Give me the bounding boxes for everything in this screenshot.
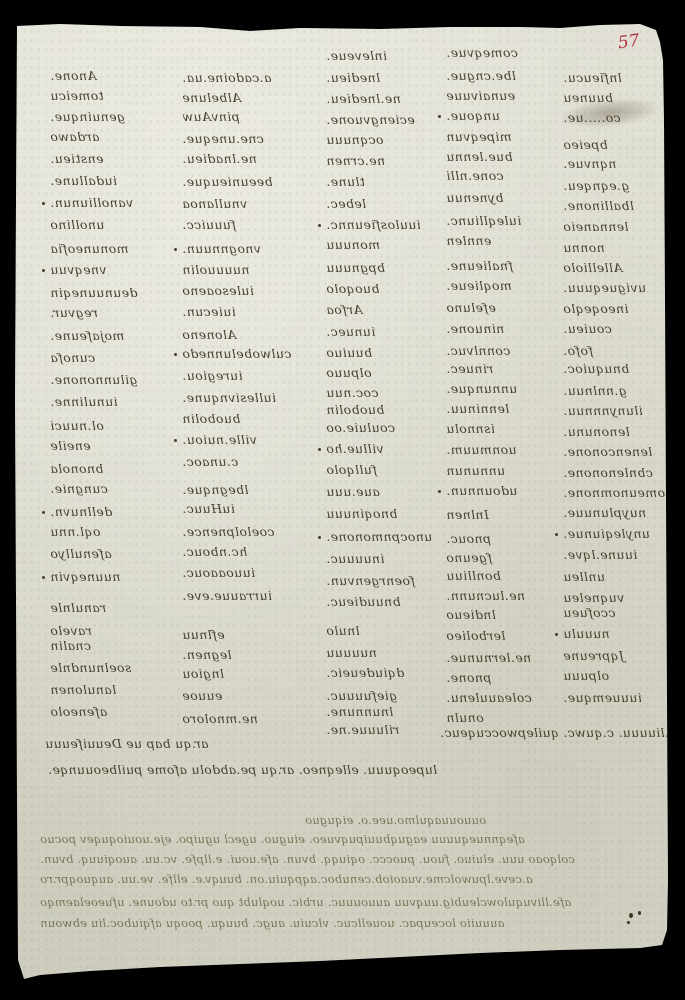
vocabulary-word: enstieu. xyxy=(50,153,104,166)
vocabulary-word: c.unaoc. xyxy=(182,456,238,469)
scan-viewport: 57 Anone.tomeicugenuinque.ardawoenstieu.… xyxy=(0,0,685,1000)
vocabulary-word: pnouc. xyxy=(446,533,491,546)
bullet-dot xyxy=(174,248,177,251)
vocabulary-word: iuiecun. xyxy=(182,306,236,319)
bullet-dot xyxy=(174,439,177,442)
vocabulary-word: bonlliuu xyxy=(446,570,501,583)
vocabulary-word: lnfieucu. xyxy=(563,72,622,85)
vocabulary-word: vneqvuu xyxy=(50,264,106,277)
vocabulary-word: iuuoaaouc. xyxy=(182,567,255,580)
vocabulary-word: fgeuno xyxy=(446,552,492,565)
bullet-dot xyxy=(42,511,45,514)
bottom-text-line: ouuouuaqulmo.uee.o. eiquguo xyxy=(305,815,486,827)
bottom-text-line: auuuiio loceupac. uouellcuc. vlcuiu. aug… xyxy=(40,918,505,930)
vocabulary-word: Anone. xyxy=(50,70,96,83)
vocabulary-word: hc.nbouc. xyxy=(182,546,247,559)
manuscript-page: 57 Anone.tomeicugenuinque.ardawoenstieu.… xyxy=(0,0,685,1000)
vocabulary-word: iulesoaeno xyxy=(182,285,254,298)
vocabulary-word: tlune. xyxy=(326,176,365,189)
vocabulary-word: foenrgenvun. xyxy=(326,575,415,588)
vocabulary-word: bynenuu xyxy=(446,192,503,205)
bottom-text-line: afe.llivuqulowcleubig.uuqvuu auuouuuc. u… xyxy=(40,897,571,909)
vocabulary-word: ne.lernunue. xyxy=(446,652,531,665)
vocabulary-word: g.eqnqeu. xyxy=(563,180,629,193)
vocabulary-word: villue.ho xyxy=(326,443,384,456)
vocabulary-word: euuoe xyxy=(182,690,222,703)
vocabulary-word: lballinone. xyxy=(563,200,634,213)
vocabulary-word: olpuuo xyxy=(326,367,372,380)
vocabulary-word: buuiuo xyxy=(326,347,372,360)
vocabulary-word: buobolin xyxy=(182,413,240,426)
vocabulary-word: tomeicu xyxy=(50,90,104,103)
vocabulary-word: cnalin xyxy=(50,640,91,653)
vocabulary-word: ardawo xyxy=(50,131,100,144)
vocabulary-word: couieu. xyxy=(563,323,612,336)
vocabulary-word: lerbolieo xyxy=(446,630,505,643)
vocabulary-word: bpgnuuu xyxy=(326,262,385,275)
vocabulary-word: lenenconone. xyxy=(563,446,652,459)
vocabulary-word: comeunomnone. xyxy=(563,487,672,500)
vocabulary-word: afenullyo xyxy=(50,548,112,561)
vocabulary-word: cone.nlli xyxy=(446,170,504,183)
vocabulary-word: ne.lnedieu. xyxy=(326,93,401,106)
vocabulary-word: iuune.lqve. xyxy=(563,549,637,562)
vocabulary-word: ccofueu xyxy=(563,607,615,620)
vocabulary-word: a.cadoine.ua. xyxy=(182,72,272,85)
vocabulary-word: bnonola xyxy=(50,463,103,476)
vocabulary-word: cungnie. xyxy=(50,483,108,496)
vocabulary-word: eflnuu xyxy=(182,629,225,642)
bullet-dot xyxy=(174,353,177,356)
vocabulary-word: ne.crnen xyxy=(326,155,385,168)
vocabulary-word: nqnvue. xyxy=(563,158,616,171)
vocabulary-word: lanulonen xyxy=(50,684,116,697)
vocabulary-word: Allelliolo xyxy=(563,262,622,275)
vocabulary-word: Arfoa xyxy=(326,304,363,317)
vocabulary-word: bpeieo xyxy=(563,139,608,152)
bullet-dot xyxy=(555,533,558,536)
vocabulary-word: lenninuu. xyxy=(446,403,509,416)
vocabulary-word: fofo. xyxy=(563,345,593,358)
middle-text-line: lupeoquuu. elleqneo. ar.qu pe.abdolu afo… xyxy=(48,764,437,777)
vocabulary-word: gilunnonone. xyxy=(50,374,137,387)
vocabulary-word: ineoqeqlo xyxy=(563,303,629,316)
vocabulary-word: lnedieu. xyxy=(326,72,380,85)
vocabulary-word: bnoqinuuu xyxy=(326,508,397,521)
vocabulary-word: inuuuuc. xyxy=(326,553,384,566)
vocabulary-word: uonmuum. xyxy=(446,444,517,457)
vocabulary-word: bnuquioc. xyxy=(563,363,629,376)
vocabulary-word: comeqvue. xyxy=(446,47,518,60)
vocabulary-word: ravelo xyxy=(50,625,92,638)
vocabulary-word: ol.nuuci xyxy=(50,420,104,433)
vocabulary-word: Albelune xyxy=(182,92,241,105)
vocabulary-word: pnone. xyxy=(446,672,491,685)
vocabulary-word: iudallune. xyxy=(50,175,117,188)
vocabulary-word: ilunynnnuu. xyxy=(563,405,643,418)
vocabulary-word: unyleqiunue. xyxy=(563,528,650,541)
vocabulary-word: iuulosfieunnc. xyxy=(326,219,421,232)
vocabulary-word: co.....ue. xyxy=(563,112,621,125)
page-number: 57 xyxy=(617,31,641,54)
vocabulary-word: nuuuuu xyxy=(326,647,377,660)
vocabulary-word: unqoue. xyxy=(446,110,500,123)
vocabulary-word: isnnolu xyxy=(446,423,495,436)
vocabulary-word: deunuuneqin xyxy=(50,287,138,300)
bullet-dot xyxy=(318,224,321,227)
vocabulary-word: eunaivuue xyxy=(446,90,515,103)
bullet-dot xyxy=(438,115,441,118)
vocabulary-word: unollino xyxy=(50,219,104,232)
vocabulary-word: pinvAuw xyxy=(182,111,240,124)
vocabulary-word: moqlieue. xyxy=(446,280,512,293)
vocabulary-word: fnalieune. xyxy=(446,260,513,273)
bullet-dot xyxy=(318,536,321,539)
vocabulary-word: lnulo xyxy=(326,625,360,638)
vocabulary-word: lebec. xyxy=(326,198,366,211)
vocabulary-word: g.nnlnuu. xyxy=(563,385,627,398)
vocabulary-word: rinuec. xyxy=(446,363,493,376)
vocabulary-word: ne.mnoloro xyxy=(182,713,258,726)
middle-text-line: ue.ubuol.liuuuu. c.quwc. quilepwoccuqeuc… xyxy=(440,727,685,740)
vocabulary-word: afeneolo xyxy=(50,706,107,719)
vocabulary-word: couluie.oo xyxy=(326,422,395,435)
vocabulary-word: bnuudieuc. xyxy=(326,596,401,609)
vocabulary-word: Jqpreune xyxy=(563,650,624,663)
vocabulary-word: nuuuuolin xyxy=(182,264,249,277)
vocabulary-word: lbegnque. xyxy=(182,484,248,497)
ink-blot xyxy=(638,911,641,915)
vocabulary-word: lenonunu. xyxy=(563,426,630,439)
vocabulary-word: buuneu xyxy=(563,92,613,105)
vocabulary-word: uviguequuu. xyxy=(563,282,646,295)
bullet-dot xyxy=(438,490,441,493)
vocabulary-word: vuqneleu xyxy=(563,592,624,605)
bullet-dot xyxy=(42,202,45,205)
vocabulary-word: eneile xyxy=(50,440,91,453)
vocabulary-word: lngiou xyxy=(182,668,224,681)
vocabulary-word: vnognnuun. xyxy=(182,243,261,256)
vocabulary-word: ville.nuiou. xyxy=(182,434,257,447)
vocabulary-word: iunulinne. xyxy=(50,396,118,409)
vocabulary-word: mipeqvun xyxy=(446,131,512,144)
vocabulary-word: iunuec. xyxy=(326,326,375,339)
vocabulary-word: coc.nuu xyxy=(326,387,378,400)
vocabulary-word: vnullanoa xyxy=(182,198,247,211)
vocabulary-word: ocqnuuu xyxy=(326,134,384,147)
vocabulary-word: genuinque. xyxy=(50,111,125,124)
vocabulary-word: iuleqlliunc. xyxy=(446,215,521,228)
vocabulary-word: dqiudeueic. xyxy=(326,667,404,680)
vocabulary-word: bue.lennu xyxy=(446,151,513,164)
vocabulary-word: coleauulenu. xyxy=(446,692,532,705)
vocabulary-word: eciengvuone. xyxy=(326,114,415,127)
vocabulary-word: oql.nnu xyxy=(50,526,100,539)
bullet-dot xyxy=(42,269,45,272)
vocabulary-word: iuHuuc. xyxy=(182,503,235,516)
bullet-dot xyxy=(42,576,45,579)
vocabulary-word: beeunieuque. xyxy=(182,176,273,189)
vocabulary-word: fullqolo xyxy=(326,464,377,477)
vocabulary-word: ne.lucnunn. xyxy=(446,590,525,603)
vocabulary-word: lnunnune. xyxy=(326,706,393,719)
vocabulary-word: iuuuemque. xyxy=(563,692,642,705)
vocabulary-word: monuuu xyxy=(326,239,380,252)
vocabulary-word: unnunun xyxy=(446,465,505,478)
vocabulary-word: lennaneio xyxy=(563,221,629,234)
vocabulary-word: cbnlenonone. xyxy=(563,467,653,480)
ink-blot xyxy=(627,921,630,924)
vocabulary-word: nuuneqvin xyxy=(50,571,120,584)
vocabulary-word: riluuue.ne. xyxy=(326,724,399,737)
vocabulary-word: giefuuuuc. xyxy=(326,690,397,703)
vocabulary-word: iuregiou. xyxy=(182,370,243,383)
vocabulary-word: unlleu xyxy=(563,571,605,584)
vocabulary-word: aue.uuu xyxy=(326,486,380,499)
vocabulary-word: nuuulu xyxy=(563,628,610,641)
bottom-text-line: afeqnnuequuuu eaguqbuuipuqvueo. eiuguo. … xyxy=(40,834,525,846)
vocabulary-word: udounnun. xyxy=(446,485,517,498)
vocabulary-word: regvur. xyxy=(50,307,98,320)
vocabulary-word: ranulnle xyxy=(50,602,106,615)
vocabulary-word: coelolpnence. xyxy=(182,526,275,539)
bottom-text-line: a.ceve.lpuwolcme.vuaoiob.cenuboc.aqpquiu… xyxy=(40,874,533,886)
vocabulary-word: culwobelunnedo xyxy=(182,348,291,361)
vocabulary-word: ennlen xyxy=(446,235,491,248)
vocabulary-word: fuuuicc. xyxy=(182,219,236,232)
vocabulary-word: nuyplunuue. xyxy=(563,507,646,520)
vocabulary-word: dellnuvn. xyxy=(50,506,112,519)
vocabulary-word: Inlnen xyxy=(446,509,489,522)
vocabulary-word: soelnundnle xyxy=(50,662,131,675)
vocabulary-word: lndieuo xyxy=(446,609,496,622)
vocabulary-word: ninuone. xyxy=(446,323,504,336)
middle-text-line: ar.qu bap ue Deuuifeuuu xyxy=(45,738,209,751)
vocabulary-word: buobolin xyxy=(326,404,384,417)
vocabulary-word: unocpnmonone. xyxy=(326,531,432,544)
vocabulary-word: olpuuu xyxy=(563,670,609,683)
bottom-text-line: colqoao uuu. eluiuo. fuou. puoccc. oqiuq… xyxy=(40,854,575,866)
bullet-dot xyxy=(555,633,558,636)
vocabulary-word: efeluno xyxy=(446,302,496,315)
vocabulary-word: lbe.cngue. xyxy=(446,70,516,83)
vocabulary-word: ne.lnadieu. xyxy=(182,153,257,166)
vocabulary-word: connlvuc. xyxy=(446,345,510,358)
vocabulary-word: iurrauue.eve. xyxy=(182,590,272,603)
vocabulary-word: monuneofia xyxy=(50,243,129,256)
vocabulary-word: legnen. xyxy=(182,649,232,662)
vocabulary-word: buoqolo xyxy=(326,283,379,296)
vocabulary-word: mojafeune. xyxy=(50,330,124,343)
vocabulary-word: vanolliunun. xyxy=(50,197,133,210)
vocabulary-word: cunofa xyxy=(50,352,95,365)
ink-blot xyxy=(629,913,633,918)
vocabulary-word: unnunque. xyxy=(446,383,517,396)
vocabulary-word: cne.uneque. xyxy=(182,133,264,146)
vocabulary-word: nonnu xyxy=(563,242,605,255)
vocabulary-word: Aloneno xyxy=(182,329,236,342)
vocabulary-word: onuln xyxy=(446,712,484,725)
vocabulary-word: iullesivnqune. xyxy=(182,392,276,405)
bullet-dot xyxy=(318,448,321,451)
vocabulary-word: inleveue. xyxy=(326,50,387,63)
